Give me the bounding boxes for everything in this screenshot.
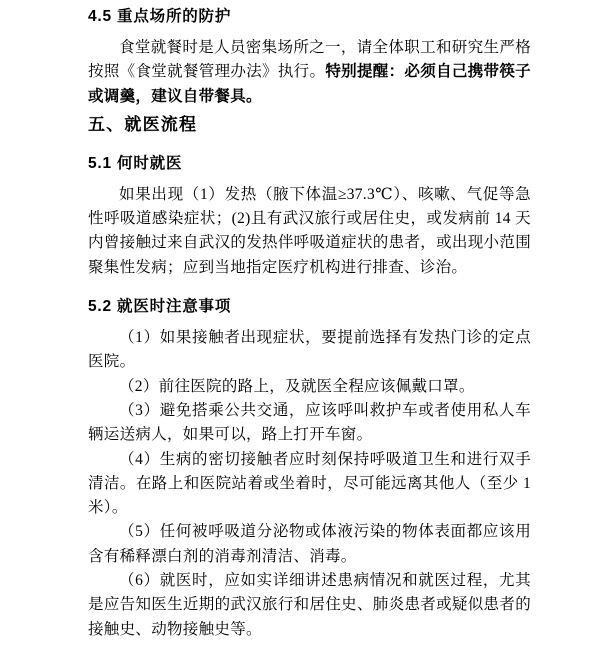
text-run: （5）任何被呼吸道分泌物或体液污染的物体表面都应该用含有稀释漂白剂的消毒剂清洁、… [88, 523, 531, 564]
text-run: （6）就医时，应如实详细讲述患病情况和就医过程，尤其是应告知医生近期的武汉旅行和… [88, 572, 531, 638]
document-content: 4.5 重点场所的防护食堂就餐时是人员密集场所之一，请全体职工和研究生严格按照《… [88, 6, 531, 642]
list-item-6: （6）就医时，应如实详细讲述患病情况和就医过程，尤其是应告知医生近期的武汉旅行和… [88, 569, 531, 642]
list-item-5: （5）任何被呼吸道分泌物或体液污染的物体表面都应该用含有稀释漂白剂的消毒剂清洁、… [88, 520, 531, 569]
list-item-2: （2）前往医院的路上，及就医全程应该佩戴口罩。 [88, 375, 531, 399]
paragraph-canteen-dining: 食堂就餐时是人员密集场所之一，请全体职工和研究生严格按照《食堂就餐管理办法》执行… [88, 36, 531, 109]
text-run: 如果出现（1）发热（腋下体温≥37.3℃）、咳嗽、气促等急性呼吸道感染症状；(2… [88, 186, 531, 276]
heading-4-5-key-places-protection: 4.5 重点场所的防护 [88, 6, 531, 28]
text-run: （1）如果接触者出现症状，要提前选择有发热门诊的定点医院。 [88, 329, 531, 370]
heading-5-2-care-precautions: 5.2 就医时注意事项 [88, 296, 531, 318]
heading-5-1-when-to-seek-care: 5.1 何时就医 [88, 153, 531, 175]
text-run: （4）生病的密切接触者应时刻保持呼吸道卫生和进行双手清洁。在路上和医院站着或坐着… [88, 451, 531, 517]
document-page: 4.5 重点场所的防护食堂就餐时是人员密集场所之一，请全体职工和研究生严格按照《… [0, 0, 595, 656]
text-run: （2）前往医院的路上，及就医全程应该佩戴口罩。 [119, 378, 475, 395]
heading-5-medical-process: 五、就医流程 [88, 113, 531, 137]
paragraph-when-to-seek-care: 如果出现（1）发热（腋下体温≥37.3℃）、咳嗽、气促等急性呼吸道感染症状；(2… [88, 183, 531, 280]
text-run: （3）避免搭乘公共交通，应该呼叫救护车或者使用私人车辆运送病人，如果可以，路上打… [88, 402, 531, 443]
list-item-1: （1）如果接触者出现症状，要提前选择有发热门诊的定点医院。 [88, 326, 531, 375]
list-item-4: （4）生病的密切接触者应时刻保持呼吸道卫生和进行双手清洁。在路上和医院站着或坐着… [88, 448, 531, 521]
list-item-3: （3）避免搭乘公共交通，应该呼叫救护车或者使用私人车辆运送病人，如果可以，路上打… [88, 399, 531, 448]
